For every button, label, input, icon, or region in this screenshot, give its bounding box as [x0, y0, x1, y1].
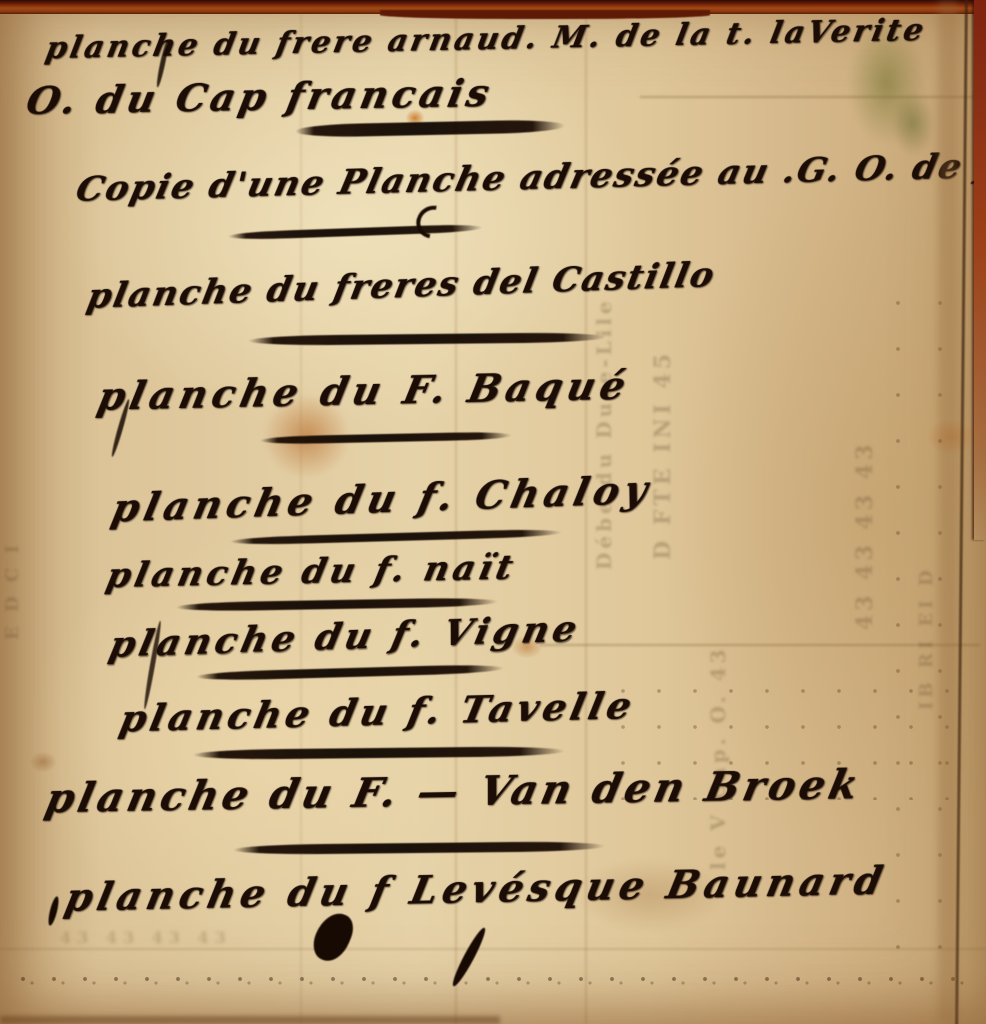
manuscript-line-10: planche du F. — Van den Broek	[41, 761, 866, 822]
faint-line-1	[640, 96, 986, 98]
ink-underline-vigne	[196, 664, 504, 682]
manuscript-line-8: planche du f. Vigne	[106, 608, 585, 666]
ink-underline-vandenbroek	[233, 841, 605, 855]
manuscript-line-11: planche du f Levésque Baunard	[61, 857, 891, 919]
ink-underline-tavelle	[193, 746, 565, 760]
manuscript-line-2: O. du Cap francais	[23, 70, 497, 123]
ink-blob-3	[46, 896, 60, 927]
bleedthrough-column-4: 43 43 43 43	[852, 150, 878, 630]
manuscript-line-6: planche du f. Chaloy	[108, 467, 657, 531]
page-edge-right	[974, 0, 986, 540]
bleedthrough-column-5: IB RI EI D	[916, 290, 937, 710]
dots-row-bottom	[20, 976, 970, 986]
ink-underline-chaloy	[230, 528, 562, 545]
bleedthrough-row: 43 43 43 43	[60, 928, 960, 947]
manuscript-line-3: Copie d'une Planche adressée au .G. O. d…	[72, 143, 986, 210]
bottom-edge-shadow	[0, 1016, 500, 1024]
manuscript-line-1: planche du frere arnaud. M. de la t. laV…	[43, 13, 929, 66]
ink-blob-1	[308, 907, 358, 966]
underline-flourish	[410, 199, 456, 245]
ink-underline-cap-francais	[295, 119, 565, 138]
manuscript-line-7: planche du f. naït	[103, 548, 520, 597]
faint-line-2	[540, 644, 980, 646]
manuscript-line-4: planche du freres del Castillo	[84, 255, 719, 317]
faint-line-3	[0, 948, 986, 950]
bleedthrough-column-6: E D C I	[2, 300, 23, 640]
ink-underline-baque	[260, 431, 512, 444]
stain-green-2	[892, 92, 934, 156]
manuscript-page: Débe du Dure-Lile D FTE INI 45 le V Cap.…	[0, 0, 986, 1024]
ink-underline-nait	[176, 597, 498, 612]
bleedthrough-column-2: D FTE INI 45	[650, 60, 676, 560]
stain-brown-2	[30, 752, 56, 772]
manuscript-line-5: planche du F. Baqué	[94, 362, 634, 418]
crease-shadow-band	[938, 0, 958, 1024]
manuscript-line-9: planche du f. Tavelle	[116, 683, 639, 740]
binding-bulge	[380, 10, 710, 19]
